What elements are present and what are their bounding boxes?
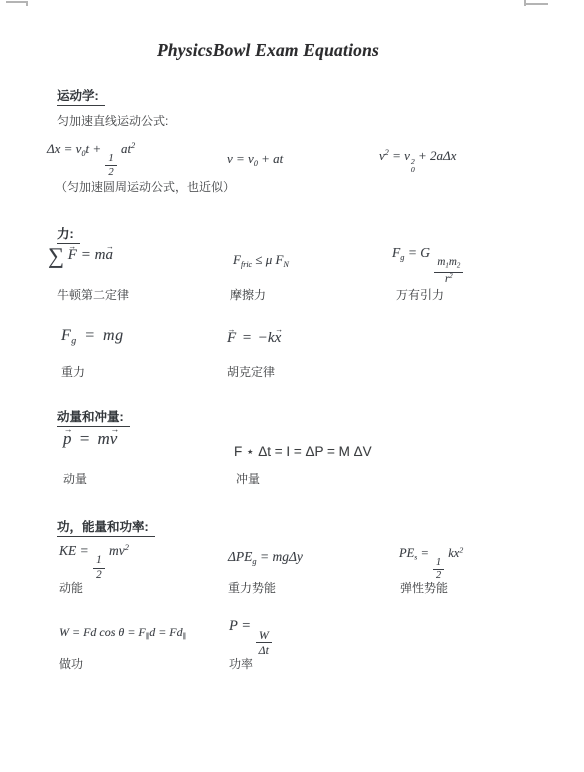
formula-friction: Ffric ≤ μ FN: [233, 252, 289, 269]
formula-velocity: v = v0 + at: [227, 151, 283, 168]
label-friction: 摩擦力: [230, 286, 266, 303]
section-forces-heading: 力:: [57, 224, 80, 244]
label-momentum: 动量: [63, 470, 87, 487]
section-energy-heading: 功，能量和功率:: [57, 517, 155, 537]
top-right-crop-mark: [524, 3, 548, 5]
label-work: 做功: [59, 655, 83, 672]
formula-kinetic-energy: KE = 12 mv2: [59, 543, 129, 582]
formula-newton-second-law: ∑ F = ma: [48, 247, 113, 264]
label-hooke-law: 胡克定律: [227, 363, 275, 380]
formula-work: W = Fd cos θ = F∥d = Fd∥: [59, 625, 186, 640]
label-weight: 重力: [61, 363, 85, 380]
formula-gravitation: Fg = G m1m2r2: [392, 245, 464, 285]
kinematics-intro-text: 匀加速直线运动公式:: [57, 112, 168, 129]
label-newton-second-law: 牛顿第二定律: [57, 286, 129, 303]
label-gravitation: 万有引力: [396, 286, 444, 303]
label-power: 功率: [229, 655, 253, 672]
label-elastic-pe: 弹性势能: [400, 579, 448, 596]
formula-impulse: F ⋆ Δt = I = ΔP = M ΔV: [234, 444, 372, 460]
formula-elastic-pe: PEs = 12 kx2: [399, 546, 463, 582]
label-gravitational-pe: 重力势能: [228, 579, 276, 596]
formula-gravitational-pe: ΔPEg = mgΔy: [228, 549, 303, 566]
formula-momentum: p = mv: [63, 429, 117, 449]
page-title: PhysicsBowl Exam Equations: [0, 40, 536, 61]
document-page: PhysicsBowl Exam Equations 运动学: 匀加速直线运动公…: [0, 0, 584, 772]
formula-displacement: Δx = v0t + 12 at2: [47, 141, 135, 178]
label-impulse: 冲量: [236, 470, 260, 487]
section-kinematics-heading: 运动学:: [57, 86, 105, 106]
kinematics-note: （匀加速圆周运动公式，也近似）: [55, 178, 235, 195]
formula-hooke-law: F = −kx: [227, 330, 281, 347]
formula-power: P = WΔt: [229, 618, 273, 657]
top-left-crop-mark: [6, 1, 28, 3]
label-kinetic-energy: 动能: [59, 579, 83, 596]
top-left-crop-mark-tick: [26, 1, 28, 6]
formula-weight: Fg = mg: [61, 327, 124, 346]
formula-velocity-squared: v2 = v20 + 2aΔx: [379, 148, 456, 175]
